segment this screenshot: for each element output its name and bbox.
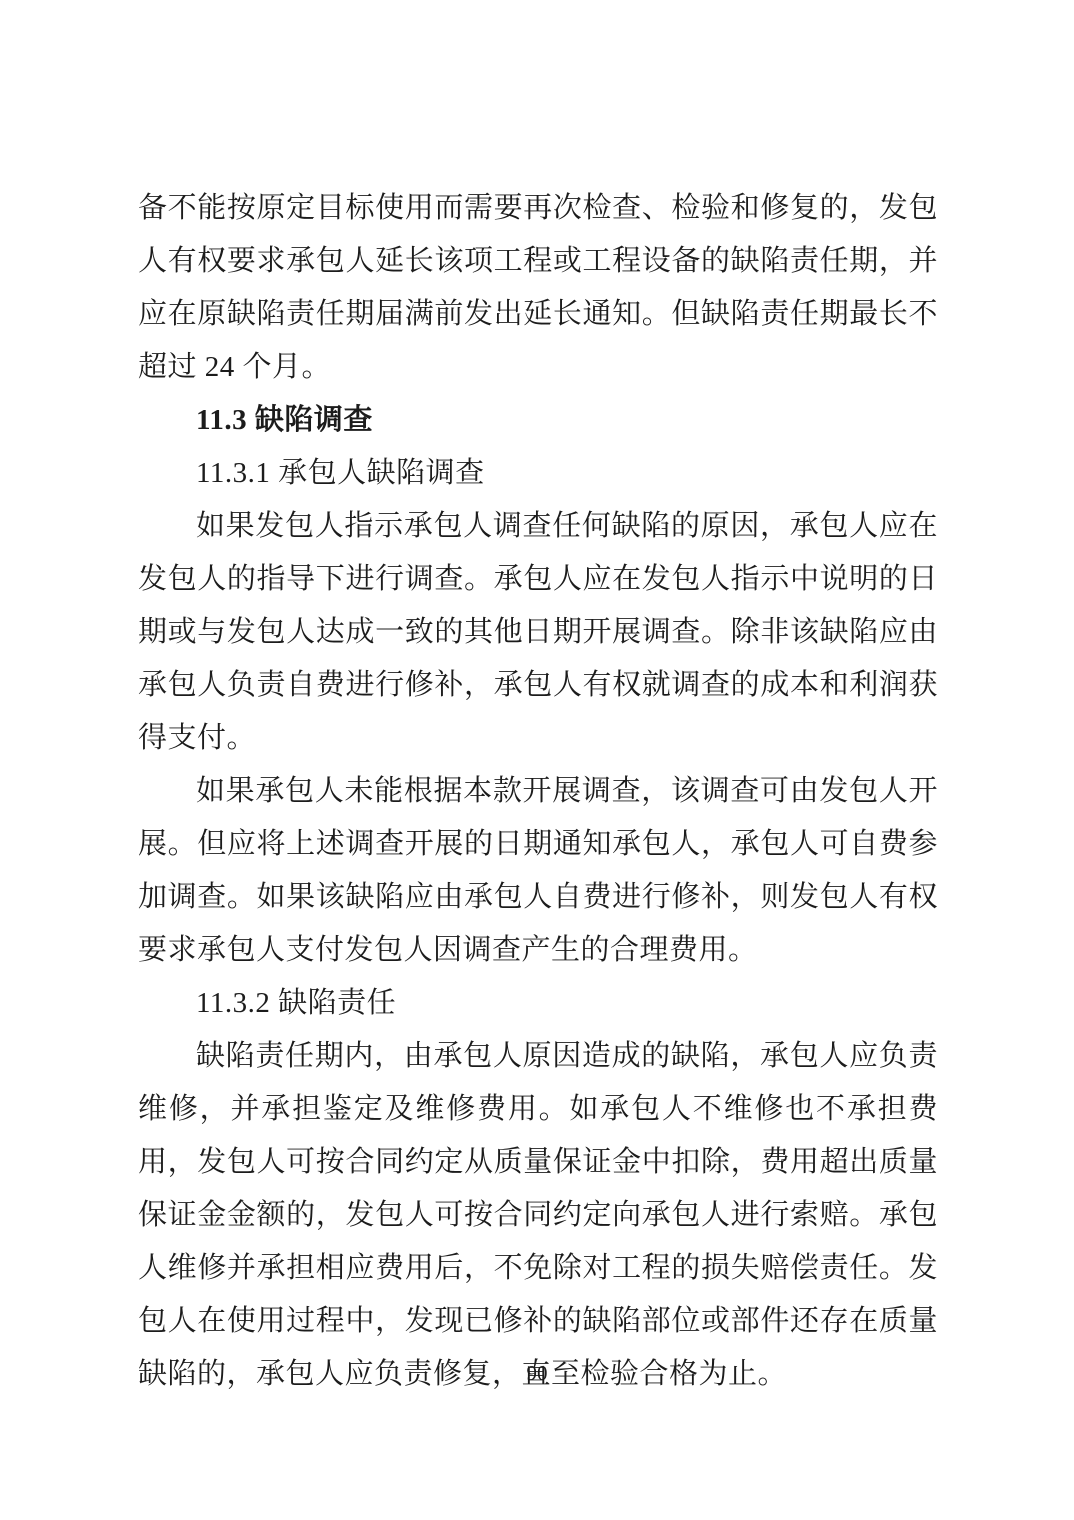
paragraph-11-3-2: 缺陷责任期内，由承包人原因造成的缺陷，承包人应负责维修，并承担鉴定及维修费用。如…	[138, 1030, 938, 1401]
paragraph-11-3-1-a: 如果发包人指示承包人调查任何缺陷的原因，承包人应在发包人的指导下进行调查。承包人…	[138, 500, 938, 765]
page-number: 90	[0, 1358, 1074, 1388]
document-body: 备不能按原定目标使用而需要再次检查、检验和修复的，发包人有权要求承包人延长该项工…	[138, 182, 938, 1401]
paragraph-continuation: 备不能按原定目标使用而需要再次检查、检验和修复的，发包人有权要求承包人延长该项工…	[138, 182, 938, 394]
paragraph-11-3-1-b: 如果承包人未能根据本款开展调查，该调查可由发包人开展。但应将上述调查开展的日期通…	[138, 765, 938, 977]
heading-11-3-2: 11.3.2 缺陷责任	[138, 977, 938, 1030]
heading-11-3: 11.3 缺陷调查	[138, 394, 938, 447]
heading-11-3-1: 11.3.1 承包人缺陷调查	[138, 447, 938, 500]
document-page: 备不能按原定目标使用而需要再次检查、检验和修复的，发包人有权要求承包人延长该项工…	[0, 0, 1074, 1520]
